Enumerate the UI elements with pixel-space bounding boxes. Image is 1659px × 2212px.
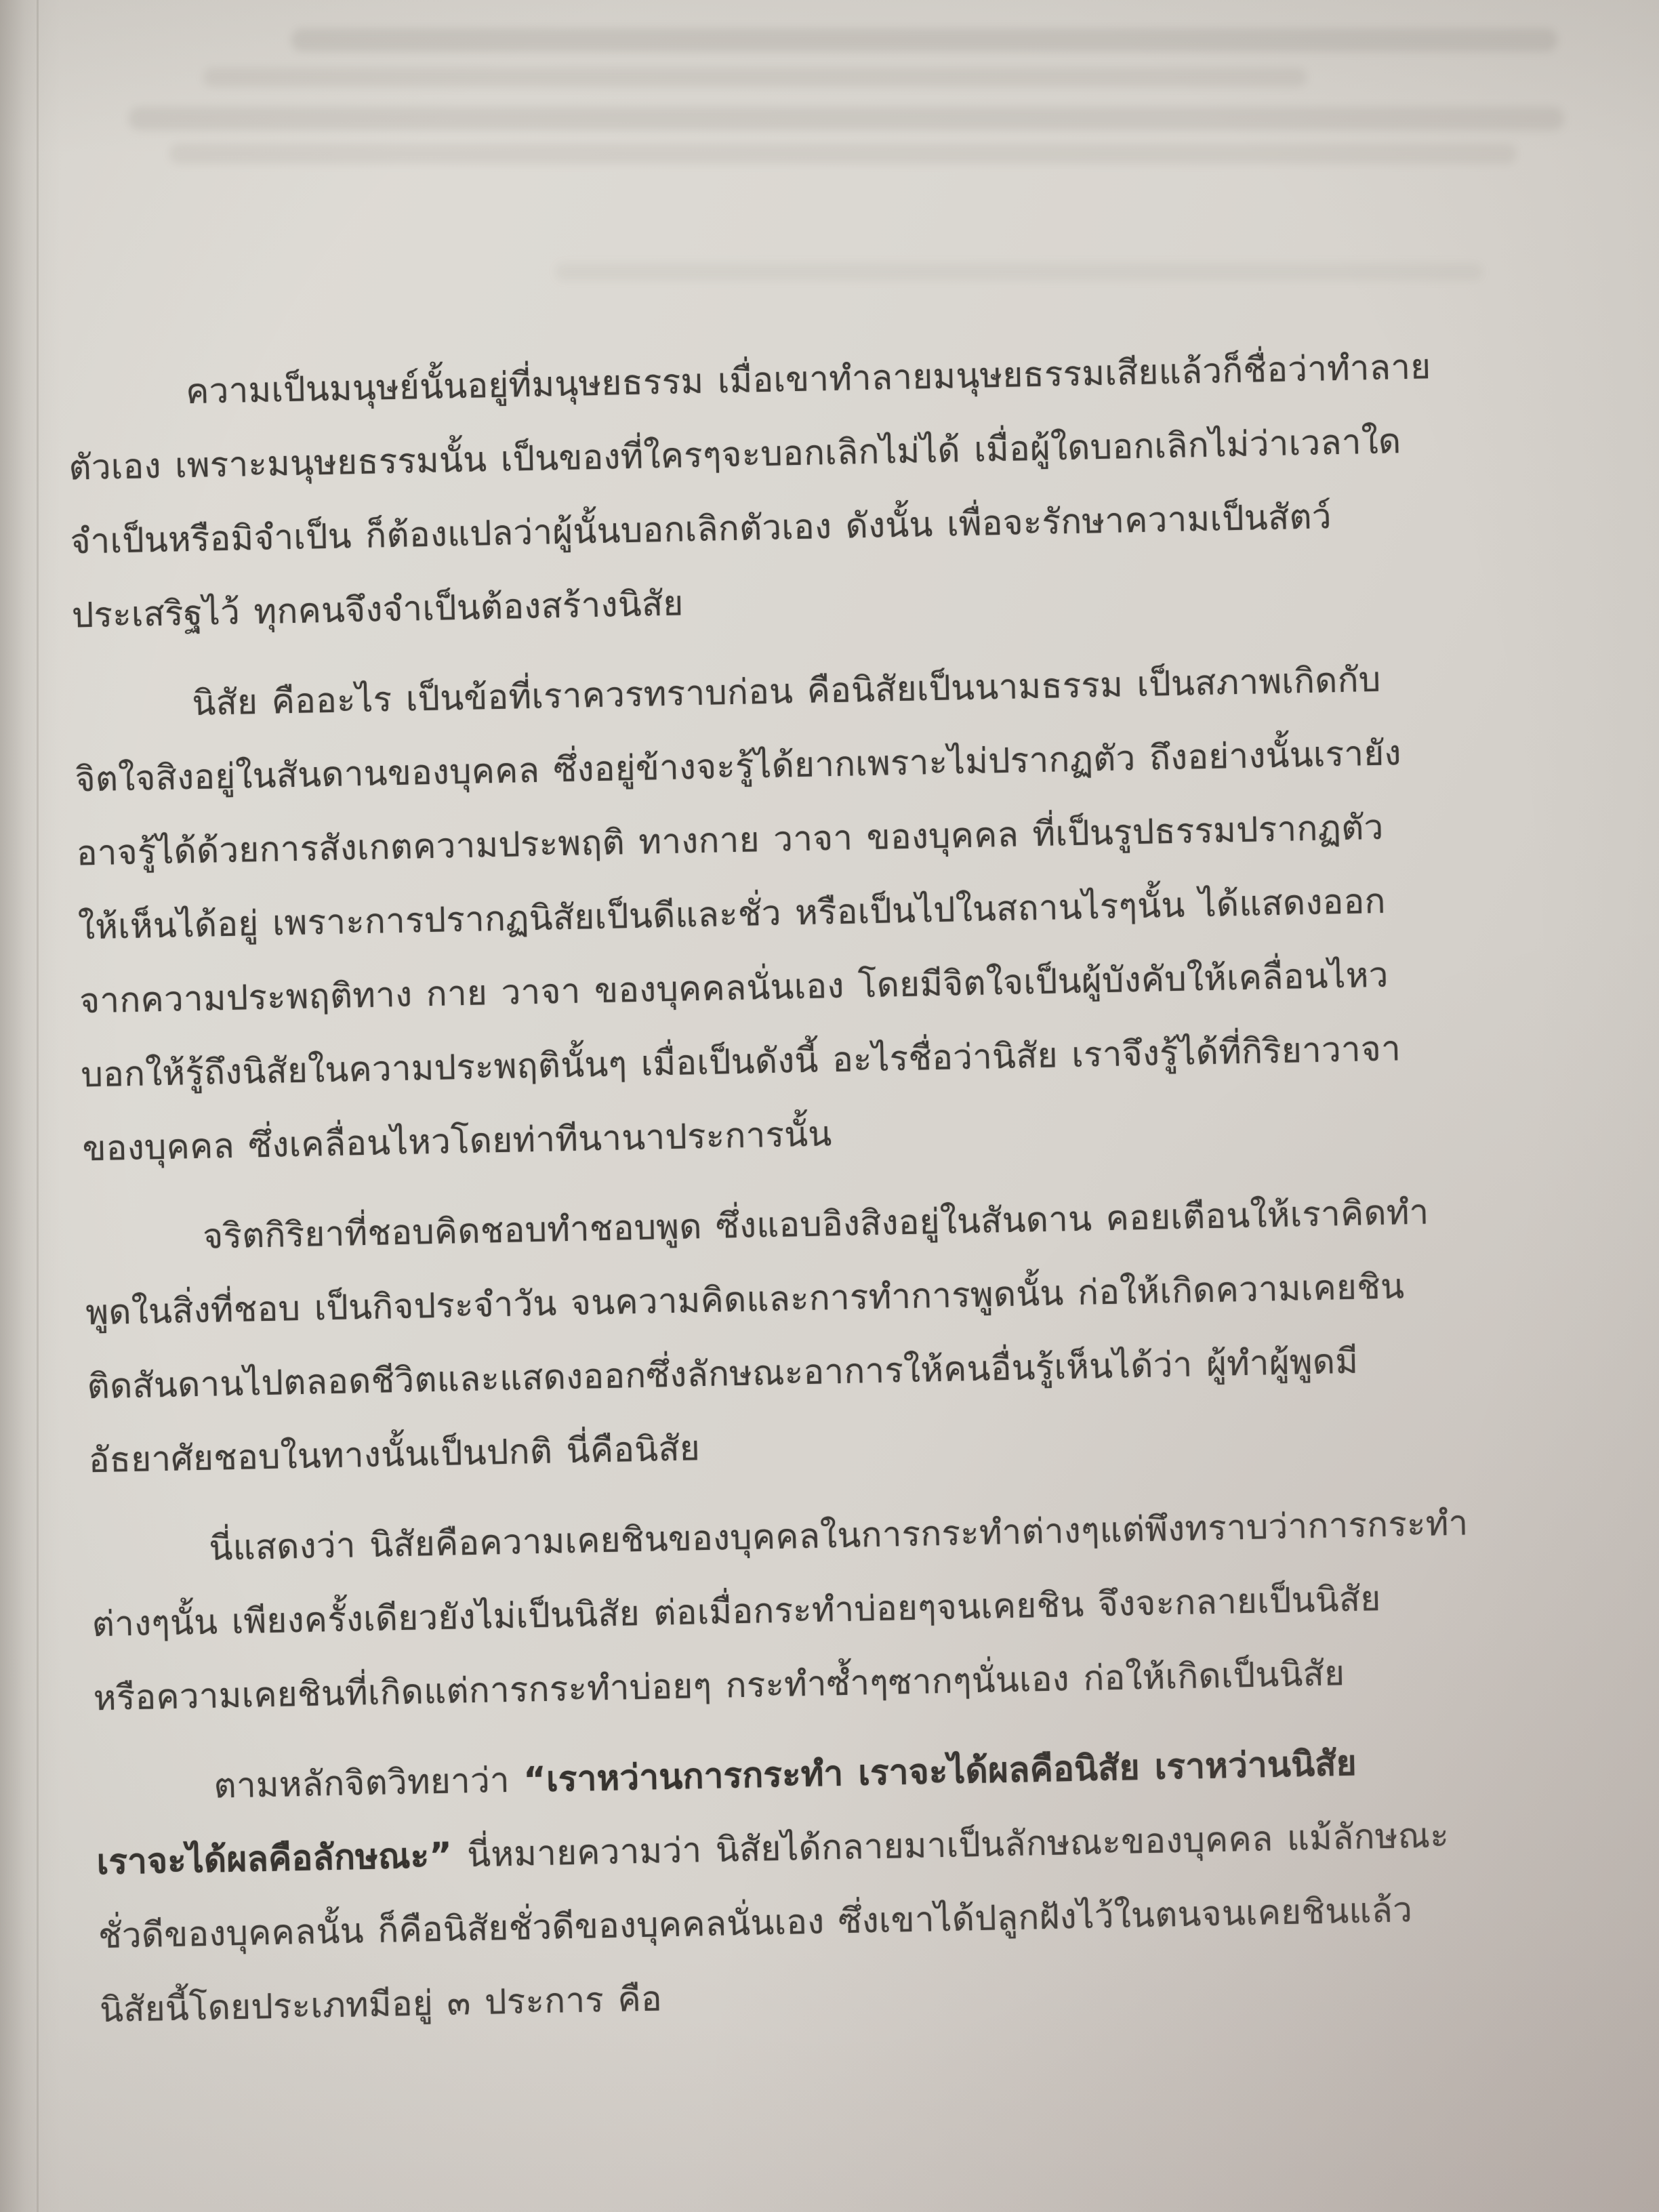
ghost-line [169, 144, 1517, 164]
bold-quote-segment: เราจะได้ผลคือลักษณะ” [96, 1835, 468, 1883]
text-segment: ให้เห็นได้อยู่ เพราะการปรากฏนิสัยเป็นดีแ… [78, 882, 1387, 948]
text-segment: ความเป็นมนุษย์นั้นอยู่ที่มนุษยธรรม เมื่อ… [186, 347, 1431, 412]
paragraph: ความเป็นมนุษย์นั้นอยู่ที่มนุษยธรรม เมื่อ… [66, 327, 1617, 653]
ghost-line [556, 263, 1483, 281]
text-segment: จิตใจสิงอยู่ในสันดานของบุคคล ซึ่งอยู่ข้า… [75, 733, 1401, 800]
text-segment: ของบุคคล ซึ่งเคลื่อนไหวโดยท่าทีนานาประกา… [82, 1114, 832, 1169]
text-segment: ตามหลักจิตวิทยาว่า [213, 1760, 524, 1806]
text-segment: จริตกิริยาที่ชอบคิดชอบทำชอบพูด ซึ่งแอบอิ… [203, 1193, 1429, 1257]
text-segment: หรือความเคยชินที่เกิดแต่การกระทำบ่อยๆ กร… [93, 1654, 1345, 1719]
text-segment: ชั่วดีของบุคคลนั้น ก็คือนิสัยชั่วดีของบุ… [98, 1890, 1412, 1957]
ghost-line [291, 28, 1557, 52]
text-segment: ประเสริฐไว้ ทุกคนจึงจำเป็นต้องสร้างนิสัย [71, 583, 684, 636]
paragraph: จริตกิริยาที่ชอบคิดชอบทำชอบพูด ซึ่งแอบอิ… [83, 1172, 1634, 1498]
text-segment: นิสัย คืออะไร เป็นข้อที่เราควรทราบก่อน ค… [192, 660, 1381, 724]
paragraph: ตามหลักจิตวิทยาว่า “เราหว่านการกระทำ เรา… [95, 1721, 1645, 2047]
ghost-line [203, 68, 1307, 87]
text-segment: จากความประพฤติทาง กาย วาจา ของบุคคลนั่นเ… [79, 956, 1389, 1022]
text-segment: ตัวเอง เพราะมนุษยธรรมนั้น เป็นของที่ใครๆ… [68, 422, 1401, 488]
text-segment: ติดสันดานไปตลอดชีวิตและแสดงออกซึ่งลักษณะ… [87, 1342, 1359, 1408]
text-segment: อัธยาศัยชอบในทางนั้นเป็นปกติ นี่คือนิสัย [88, 1429, 700, 1481]
photo-background: ความเป็นมนุษย์นั้นอยู่ที่มนุษยธรรม เมื่อ… [0, 0, 1659, 2212]
page-text: ความเป็นมนุษย์นั้นอยู่ที่มนุษยธรรม เมื่อ… [0, 325, 1659, 2065]
text-segment: อาจรู้ได้ด้วยการสังเกตความประพฤติ ทางกาย… [76, 808, 1384, 874]
text-segment: นี่แสดงว่า นิสัยคือความเคยชินของบุคคลในก… [209, 1503, 1469, 1568]
bold-quote-segment: “เราหว่านการกระทำ เราจะได้ผลคือนิสัย เรา… [523, 1744, 1357, 1801]
ghost-line [129, 107, 1564, 130]
text-segment: พูดในสิ่งที่ชอบ เป็นกิจประจำวัน จนความคิ… [85, 1267, 1405, 1333]
paragraph: นิสัย คืออะไร เป็นข้อที่เราควรทราบก่อน ค… [73, 638, 1628, 1187]
text-segment: นี่หมายความว่า นิสัยได้กลายมาเป็นลักษณะข… [467, 1816, 1450, 1875]
text-segment: จำเป็นหรือมิจำเป็น ก็ต้องแปลว่าผู้นั้นบอ… [70, 497, 1332, 562]
text-segment: นิสัยนี้โดยประเภทมีอยู่ ๓ ประการ คือ [100, 1979, 663, 2030]
text-segment: ต่างๆนั้น เพียงครั้งเดียวยังไม่เป็นนิสัย… [91, 1579, 1381, 1645]
text-segment: บอกให้รู้ถึงนิสัยในความประพฤตินั้นๆ เมื่… [81, 1029, 1401, 1095]
paragraph: นี่แสดงว่า นิสัยคือความเคยชินของบุคคลในก… [89, 1483, 1639, 1736]
